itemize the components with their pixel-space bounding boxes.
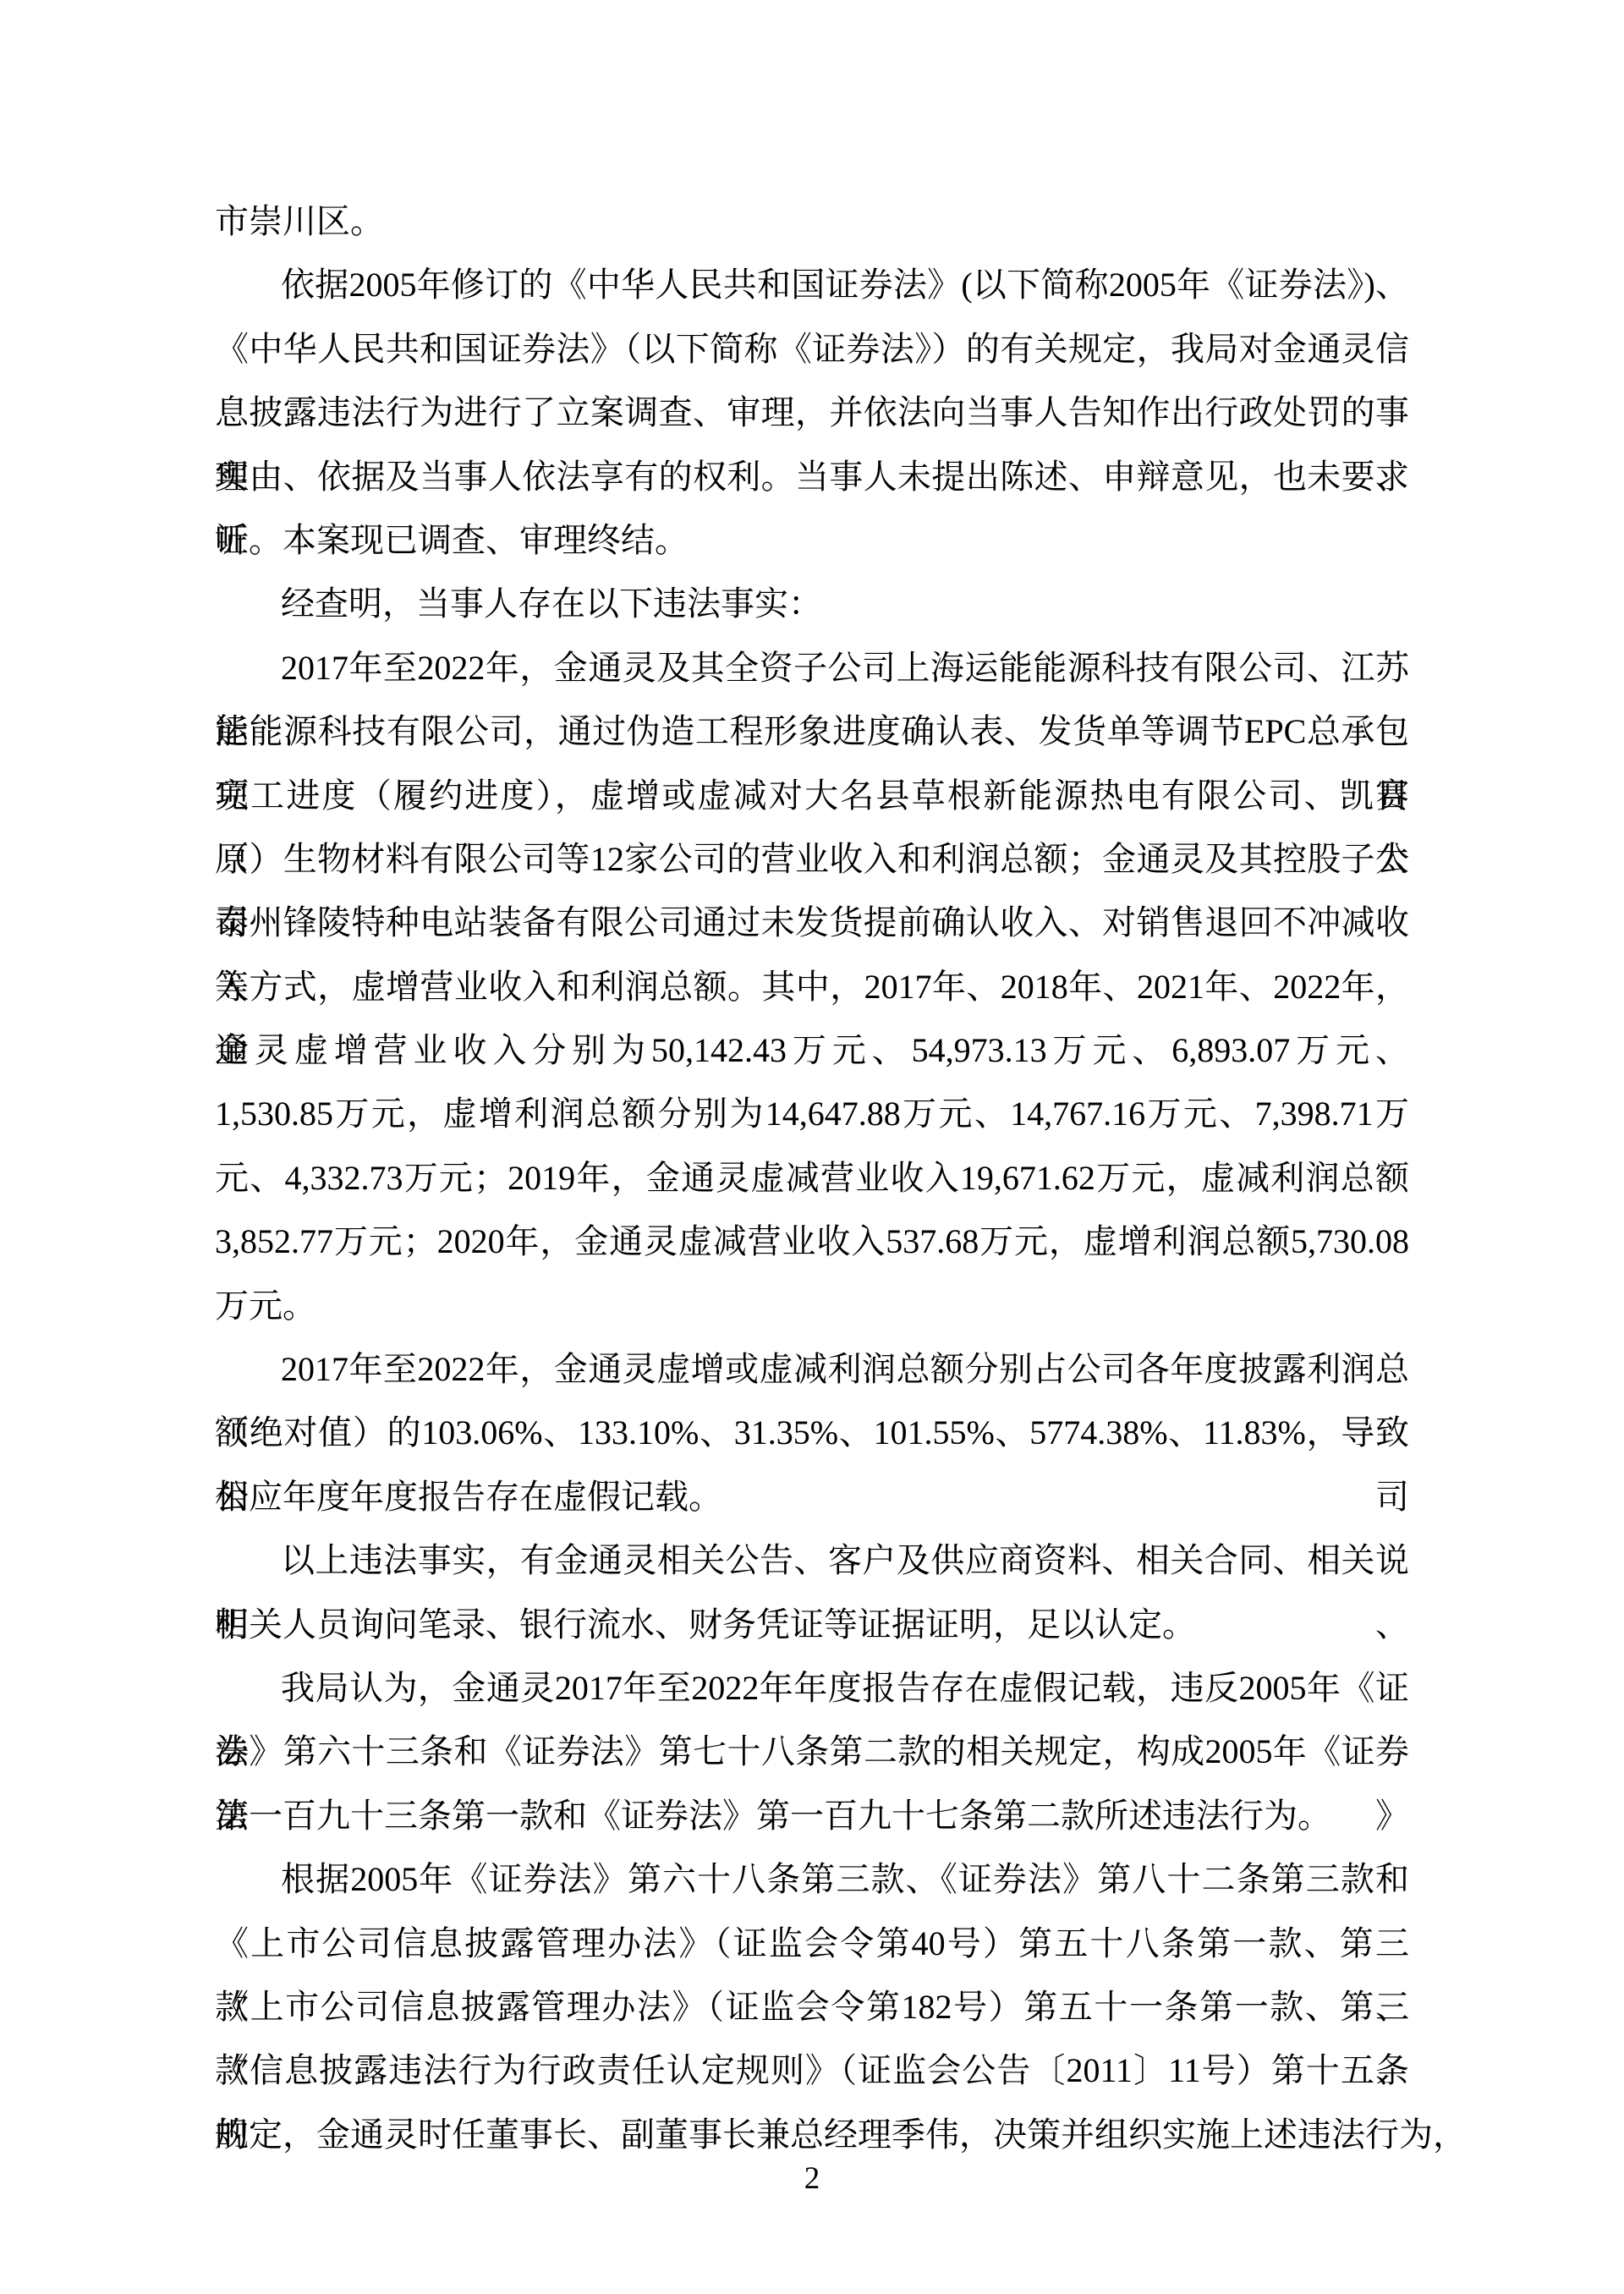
text-line: 能能源科技有限公司，通过伪造工程形象进度确认表、发货单等调节EPC总承包项目 <box>215 700 1409 763</box>
text-line: 《中华人民共和国证券法》（以下简称《证券法》）的有关规定，我局对金通灵信 <box>215 317 1409 381</box>
text-line: 2017年至2022年，金通灵虚增或虚减利润总额分别占公司各年度披露利润总额 <box>215 1337 1409 1401</box>
text-line: 规定，金通灵时任董事长、副董事长兼总经理季伟，决策并组织实施上述违法行为， <box>215 2103 1409 2166</box>
text-line: 《上市公司信息披露管理办法》（证监会令第40号）第五十八条第一款、第三款、 <box>215 1912 1409 1975</box>
text-line: 根据2005年《证券法》第六十八条第三款、《证券法》第八十二条第三款和 <box>215 1847 1409 1911</box>
text-line: 万元。 <box>215 1274 1409 1337</box>
text-line: 理由、依据及当事人依法享有的权利。当事人未提出陈述、申辩意见，也未要求听 <box>215 445 1409 508</box>
text-line: 第一百九十三条第一款和《证券法》第一百九十七条第二款所述违法行为。 <box>215 1784 1409 1847</box>
text-line: 完工进度（履约进度），虚增或虚减对大名县草根新能源热电有限公司、凯赛（太 <box>215 764 1409 827</box>
text-line: 《上市公司信息披露管理办法》（证监会令第182号）第五十一条第一款、第三款、 <box>215 1975 1409 2039</box>
text-line: 依据2005年修订的《中华人民共和国证券法》(以下简称2005年《证券法》)、 <box>215 253 1409 316</box>
text-line: 原）生物材料有限公司等12家公司的营业收入和利润总额；金通灵及其控股子公司 <box>215 827 1409 891</box>
text-line: 经查明，当事人存在以下违法事实： <box>215 572 1409 635</box>
text-line: 通灵虚增营业收入分别为50,142.43万元、54,973.13万元、6,893… <box>215 1018 1409 1082</box>
text-line: 我局认为，金通灵2017年至2022年年度报告存在虚假记载，违反2005年《证券 <box>215 1656 1409 1720</box>
text-line: 3,852.77万元；2020年，金通灵虚减营业收入537.68万元，虚增利润总… <box>215 1210 1409 1273</box>
text-line: 以上违法事实，有金通灵相关公告、客户及供应商资料、相关合同、相关说明、 <box>215 1528 1409 1592</box>
text-line: 2017年至2022年，金通灵及其全资子公司上海运能能源科技有限公司、江苏运 <box>215 636 1409 700</box>
document-page: 市崇川区。依据2005年修订的《中华人民共和国证券法》(以下简称2005年《证券… <box>0 0 1624 2294</box>
text-line: 息披露违法行为进行了立案调查、审理，并依法向当事人告知作出行政处罚的事实、 <box>215 381 1409 444</box>
text-line: 《信息披露违法行为行政责任认定规则》（证监会公告〔2011〕11号）第十五条的 <box>215 2039 1409 2102</box>
text-line: 1,530.85万元，虚增利润总额分别为14,647.88万元、14,767.1… <box>215 1082 1409 1145</box>
text-line: 证。本案现已调查、审理终结。 <box>215 508 1409 572</box>
document-body: 市崇川区。依据2005年修订的《中华人民共和国证券法》(以下简称2005年《证券… <box>215 189 1409 2166</box>
text-line: 泰州锋陵特种电站装备有限公司通过未发货提前确认收入、对销售退回不冲减收入 <box>215 891 1409 954</box>
text-line: 元、4,332.73万元；2019年，金通灵虚减营业收入19,671.62万元，… <box>215 1146 1409 1210</box>
text-line: 法》第六十三条和《证券法》第七十八条第二款的相关规定，构成2005年《证券法》 <box>215 1720 1409 1783</box>
text-line: （绝对值）的103.06%、133.10%、31.35%、101.55%、577… <box>215 1401 1409 1464</box>
text-line: 市崇川区。 <box>215 189 1409 253</box>
page-number: 2 <box>0 2162 1624 2196</box>
text-line: 等方式，虚增营业收入和利润总额。其中，2017年、2018年、2021年、202… <box>215 955 1409 1018</box>
